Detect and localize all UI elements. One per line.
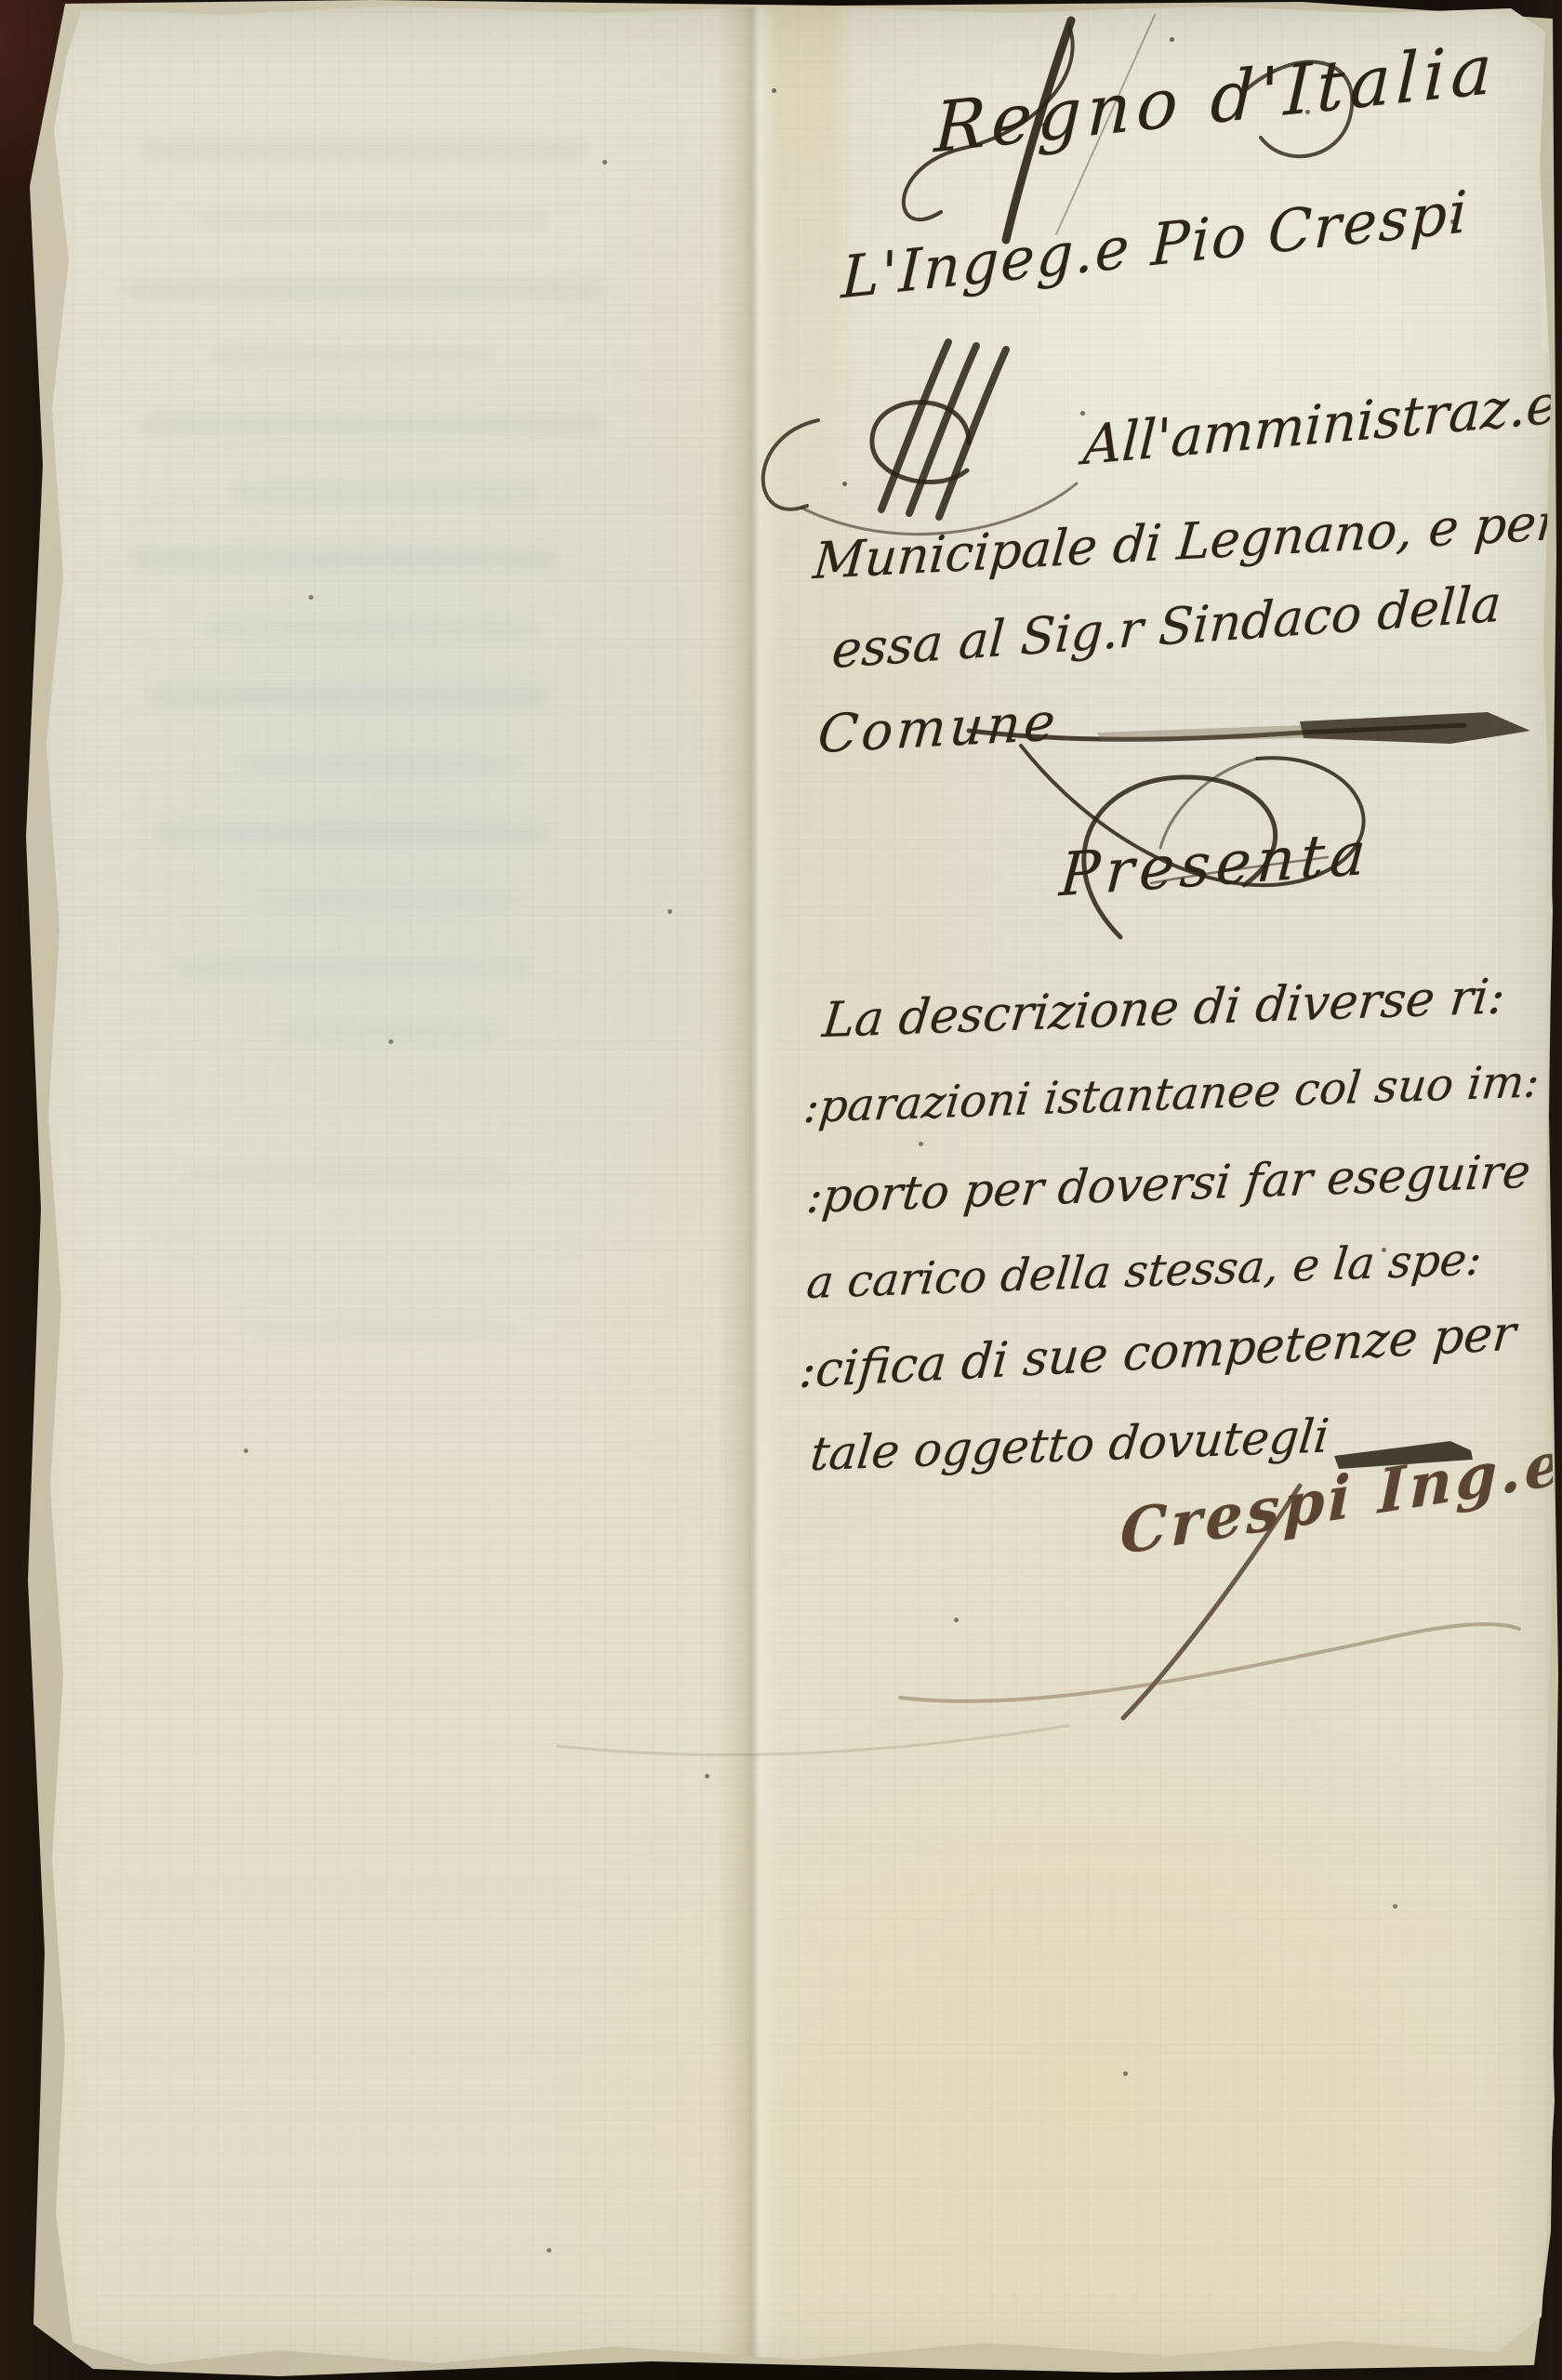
body-line-2: :parazioni istantanee col suo im: — [801, 1055, 1542, 1133]
ink-show-through — [177, 958, 530, 978]
ink-show-through — [279, 1023, 502, 1043]
ink-show-through — [149, 686, 549, 707]
fox-spots — [0, 0, 5, 5]
ink-show-through — [158, 824, 549, 844]
ink-show-through — [260, 891, 521, 911]
ink-show-through — [242, 755, 521, 775]
ink-show-through — [205, 618, 539, 639]
address-line-2: Municipale di Legnano, e per — [811, 493, 1562, 590]
ink-show-through — [121, 279, 604, 299]
address-line-4: Comune — [815, 692, 1061, 765]
fold-stain — [768, 0, 842, 576]
body-line-4: a carico della stessa, e la spe: — [804, 1234, 1484, 1310]
ink-show-through — [232, 483, 539, 504]
ink-show-through — [195, 209, 549, 230]
ink-show-through — [130, 549, 558, 569]
body-line-5: :cifica di sue competenze per — [797, 1305, 1517, 1399]
body-line-6: tale oggetto dovutegli — [808, 1408, 1331, 1481]
ink-show-through — [242, 1320, 521, 1341]
address-line-1: All'amministraz.e — [1081, 372, 1559, 477]
ink-show-through — [139, 414, 604, 434]
subject-heading: Presenta — [1057, 819, 1373, 910]
ink-show-through — [186, 1162, 511, 1183]
address-line-3: essa al Sig.r Sindaco della — [830, 574, 1503, 680]
heading-line-regno: Regno d'Italia — [933, 29, 1499, 168]
photographed-document: Regno d'Italia L'Ingeg.e Pio Crespi All'… — [0, 0, 1562, 2380]
body-line-1: La descrizione di diverse ri: — [820, 969, 1508, 1049]
ink-show-through — [139, 139, 586, 160]
body-line-3: :porto per doversi far eseguire — [804, 1144, 1533, 1223]
heading-line-author: L'Ingeg.e Pio Crespi — [841, 178, 1470, 312]
manuscript-page: Regno d'Italia L'Ingeg.e Pio Crespi All'… — [0, 0, 1562, 2380]
ink-show-through — [214, 346, 493, 366]
center-fold-crease — [718, 0, 783, 2380]
